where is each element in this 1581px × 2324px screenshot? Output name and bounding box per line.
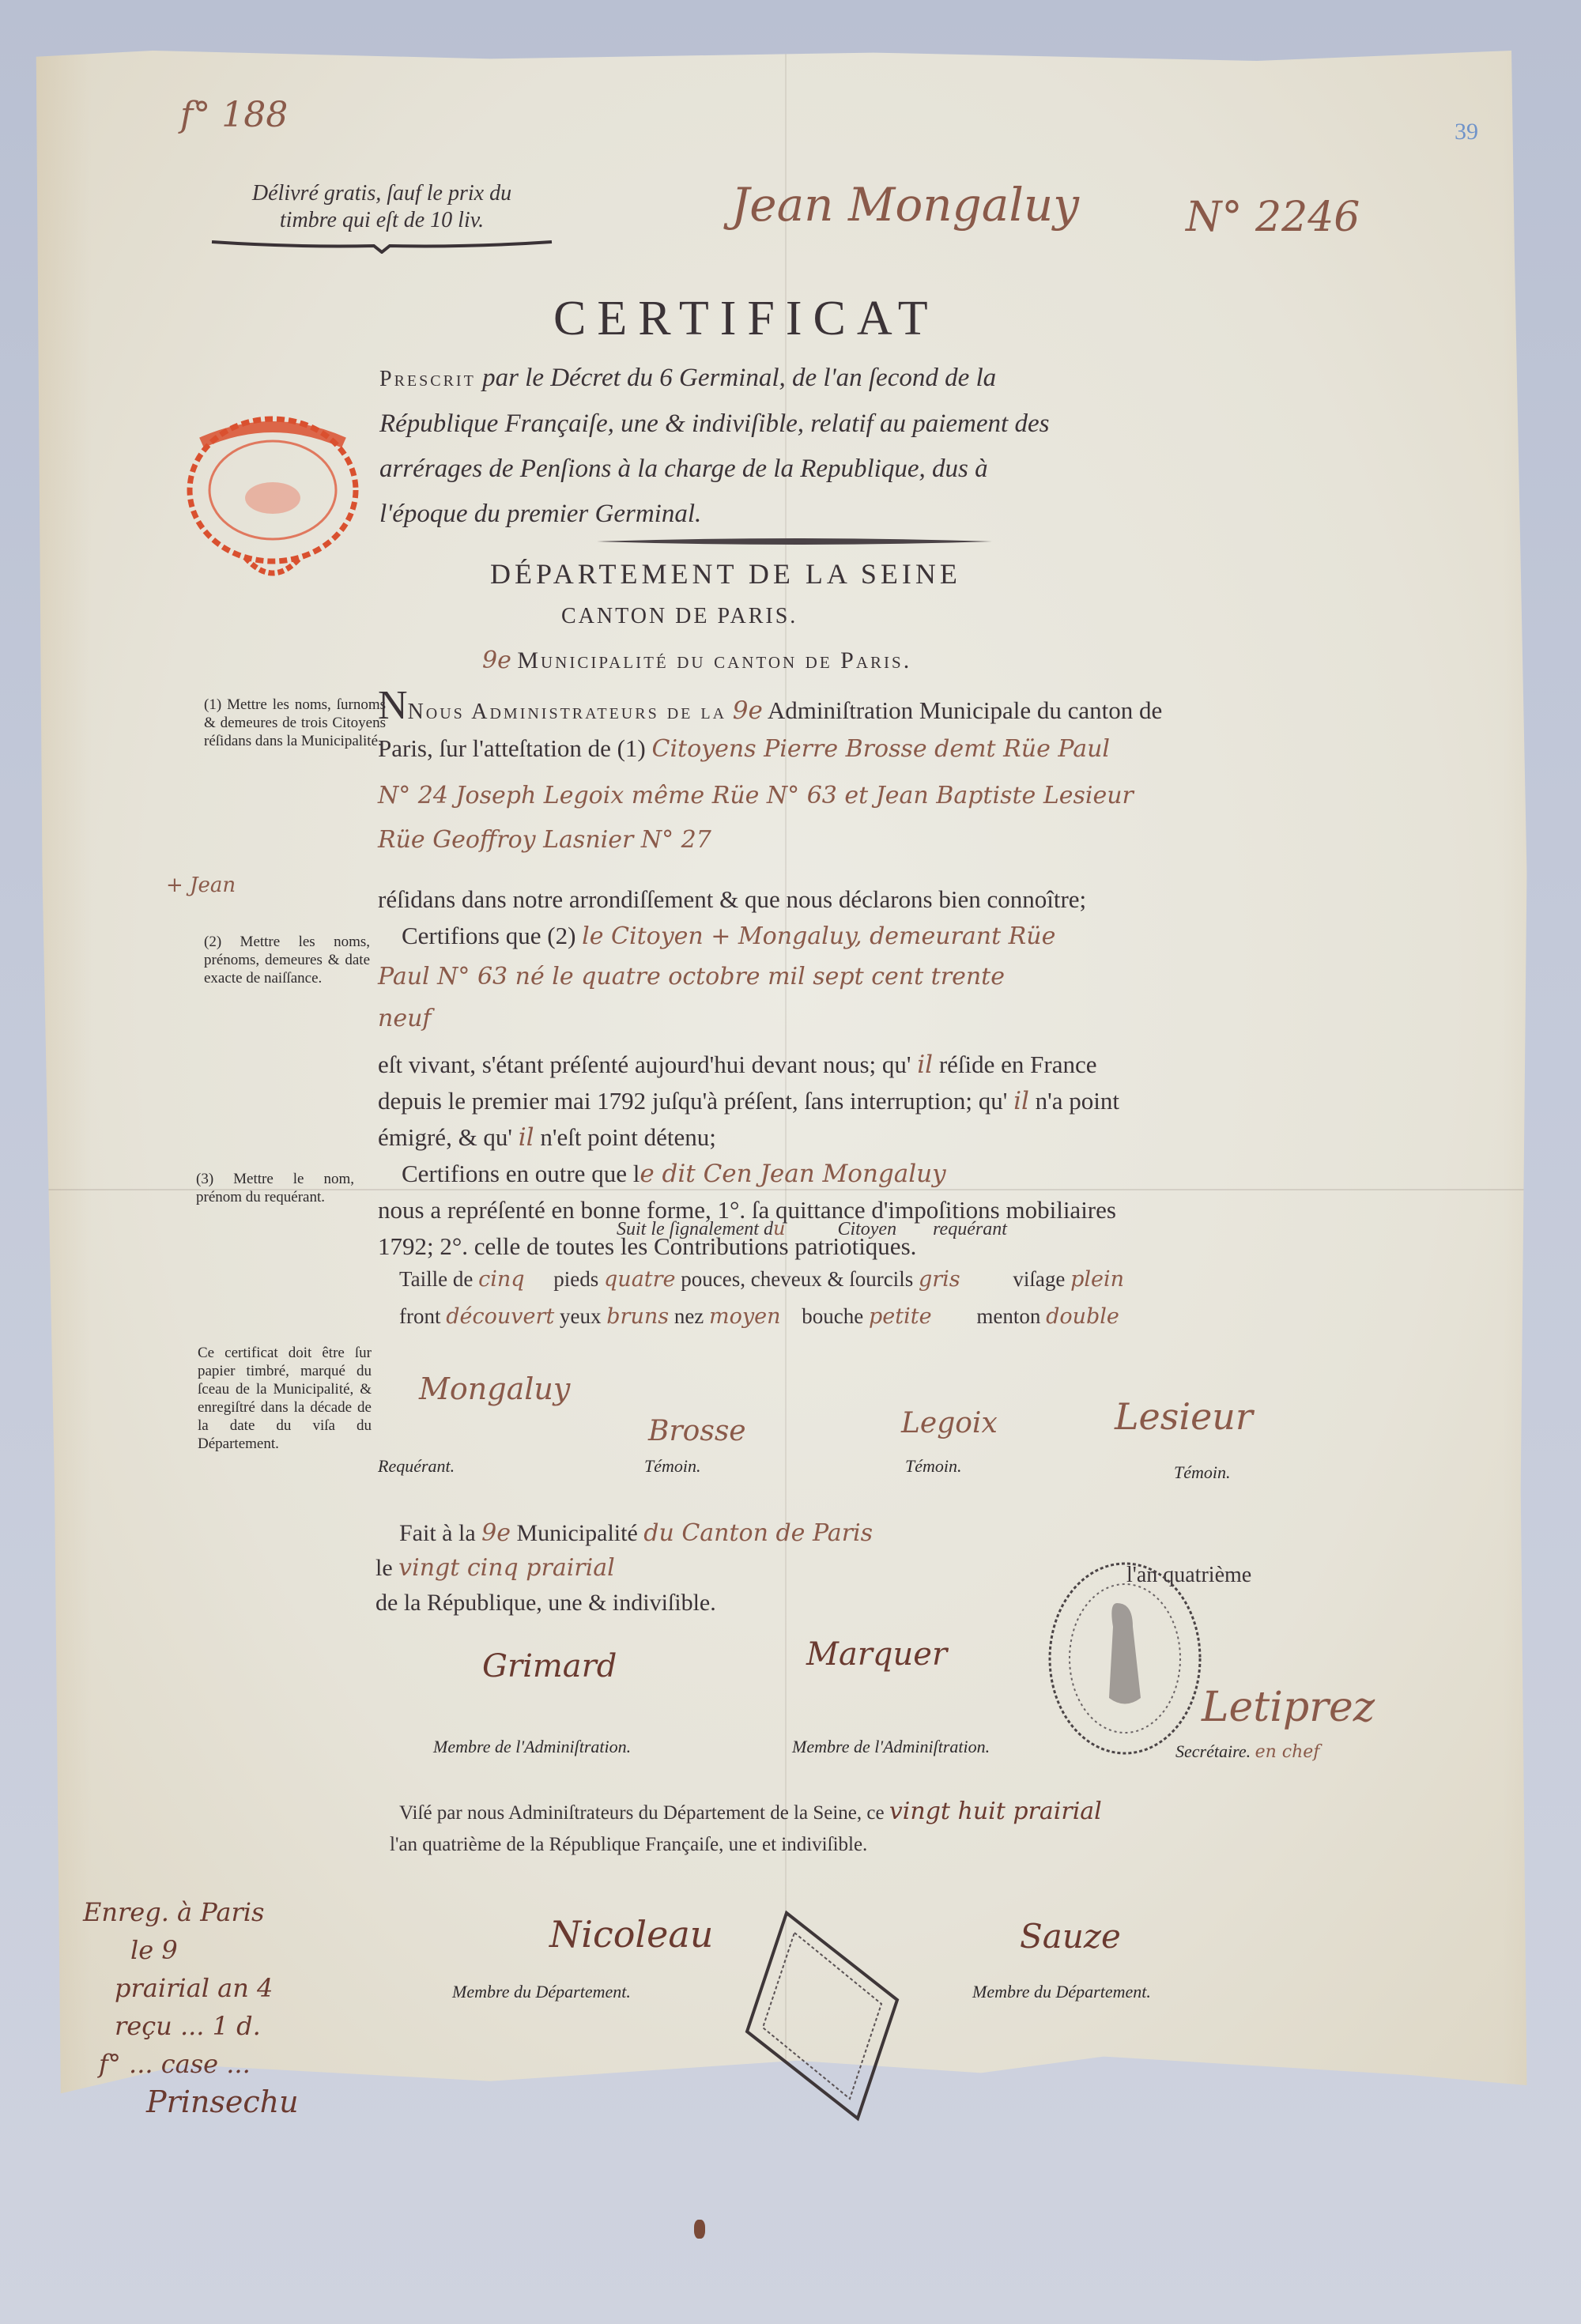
subtitle-line2: République Françaiſe, une & indiviſible,… (379, 402, 1273, 447)
visa-date: vingt huit prairial (889, 1798, 1102, 1825)
signature-admin-2: Marquer (806, 1636, 947, 1673)
menton-value: double (1046, 1304, 1119, 1329)
attestation-line1-pre: Nous Adminiſtrateurs de la (408, 700, 726, 724)
taille-feet: cinq (478, 1267, 524, 1292)
nez-value: moyen (709, 1304, 780, 1329)
description-header-hand: u (773, 1217, 785, 1239)
title-subtitle: Prescrit par le Décret du 6 Germinal, de… (379, 356, 1273, 537)
since-post: n'a point (1036, 1087, 1119, 1115)
subject-hand-line3: neuf (378, 999, 1279, 1039)
municipal-seal-icon (1042, 1556, 1208, 1761)
done-at-le: le (375, 1555, 393, 1581)
red-seal-icon (170, 395, 375, 593)
role-temoin-3: Témoin. (1174, 1462, 1231, 1483)
signature-temoin-3: Lesieur (1115, 1395, 1253, 1438)
signature-secretary: Letiprez (1202, 1684, 1375, 1731)
ink-stain (694, 2220, 705, 2239)
delivery-notice: Délivré gratis, ſauf le prix du timbre q… (196, 180, 568, 261)
registration-line4: reçu ... 1 d. (83, 2007, 415, 2045)
description-header-citoyen: Citoyen (837, 1219, 896, 1239)
description-header-pre: Suit le ſignalement d (617, 1219, 773, 1239)
also-pre: Certifions en outre que l (402, 1160, 640, 1187)
pieds-label: pieds (553, 1267, 598, 1291)
role-secretary: Secrétaire. en chef (1175, 1741, 1319, 1762)
menton-label: menton (976, 1304, 1040, 1328)
emigre-post: n'eſt point détenu; (540, 1123, 716, 1151)
done-at-block: Fait à la 9e Municipalité du Canton de P… (399, 1516, 873, 1620)
archive-number: 39 (1455, 119, 1478, 145)
margin-note-3: (3) Mettre le nom, prénom du requérant. (196, 1170, 354, 1206)
done-at-date: vingt cinq prairial (398, 1554, 615, 1582)
municipality-label: Municipalité du canton de Paris. (517, 647, 911, 673)
department-heading: DÉPARTEMENT DE LA SEINE (490, 557, 961, 590)
delivery-notice-line2: timbre qui eſt de 10 liv. (196, 207, 568, 234)
visa-block: Viſé par nous Adminiſtrateurs du Départe… (399, 1796, 1102, 1861)
role-admin-1: Membre de l'Adminiſtration. (433, 1737, 631, 1757)
page-title: CERTIFICAT (553, 291, 939, 347)
done-at-hand: du Canton de Paris (643, 1519, 873, 1547)
done-at-pre: Fait à la (399, 1520, 476, 1546)
canton-heading: CANTON DE PARIS. (561, 604, 798, 629)
role-requerant: Requérant. (378, 1456, 455, 1477)
subtitle-lead: Prescrit (379, 367, 476, 391)
signature-temoin-2: Legoix (901, 1407, 998, 1439)
role-temoin-1: Témoin. (644, 1456, 701, 1477)
signature-requerant: Mongaluy (419, 1371, 570, 1406)
municipality-heading: 9e Municipalité du canton de Paris. (482, 647, 911, 674)
yeux-value: bruns (606, 1304, 669, 1329)
registration-line5: f° ... case ... (83, 2045, 415, 2083)
witnesses-hand-line1: Citoyens Pierre Brosse demt Rüe Paul (652, 735, 1111, 763)
done-at-number: 9e (481, 1519, 511, 1547)
visage-value: plein (1070, 1267, 1124, 1292)
attestation-line3: réſidans dans notre arrondiſſement & que… (378, 881, 1279, 918)
margin-note-2: (2) Mettre les noms, prénoms, demeures &… (204, 933, 370, 987)
administration-number: 9e (733, 696, 763, 725)
description-header: Suit le ſignalement du Citoyen requérant (617, 1217, 1007, 1240)
emigre-pronoun: il (519, 1123, 534, 1152)
handwritten-name-header: Jean Mongaluy (731, 178, 1079, 232)
registration-stamp-icon (739, 1905, 913, 2126)
registration-note: Enreg. à Paris le 9 prairial an 4 reçu .… (83, 1893, 415, 2121)
registration-signature: Prinsechu (83, 2083, 415, 2121)
alive-pronoun: il (917, 1051, 933, 1079)
done-at-republic: de la République, une & indiviſible. (375, 1586, 873, 1620)
registration-line3: prairial an 4 (83, 1969, 415, 2007)
done-at-municipality: Municipalité (516, 1520, 637, 1546)
role-dept-1: Membre du Département. (452, 1982, 631, 2002)
witnesses-hand-line2: N° 24 Joseph Legoix même Rüe N° 63 et Je… (378, 774, 1279, 818)
bouche-label: bouche (802, 1304, 863, 1328)
alive-line: eſt vivant, s'étant préſenté aujourd'hui… (378, 1051, 911, 1078)
alive-post: réſide en France (939, 1051, 1097, 1078)
registration-line1: Enreg. à Paris (83, 1893, 415, 1931)
also-hand: e dit Cen Jean Mongaluy (640, 1160, 945, 1188)
front-value: découvert (446, 1304, 554, 1329)
subtitle-line4: l'époque du premier Germinal. (379, 492, 1273, 537)
role-secretary-label: Secrétaire. (1175, 1741, 1251, 1761)
attestation-line2-pre: Paris, ſur l'atteſtation de (1) (378, 734, 646, 762)
front-label: front (399, 1304, 440, 1328)
certify-pre: Certifions que (2) (402, 922, 575, 949)
taille-label: Taille de (399, 1267, 473, 1291)
subtitle-line1: par le Décret du 6 Germinal, de l'an ſec… (482, 364, 996, 392)
municipality-number: 9e (482, 647, 511, 674)
role-dept-2: Membre du Département. (972, 1982, 1151, 2002)
subject-hand-line1: le Citoyen + Mongaluy, demeurant Rüe (582, 922, 1055, 950)
bouche-value: petite (869, 1304, 932, 1329)
divider-ornament-icon (593, 534, 1004, 549)
since-line: depuis le premier mai 1792 juſqu'à préſe… (378, 1087, 1007, 1115)
subject-hand-line2: Paul N° 63 né le quatre octobre mil sept… (378, 955, 1279, 999)
hair-color: gris (919, 1267, 960, 1292)
signature-admin-1: Grimard (482, 1648, 617, 1685)
description-header-post: requérant (933, 1219, 1007, 1239)
document-number: N° 2246 (1186, 194, 1360, 241)
registration-line2: le 9 (83, 1931, 415, 1969)
signature-dept-1: Nicoleau (549, 1913, 713, 1956)
margin-note-jean: + Jean (166, 873, 236, 897)
pouces-label: pouces, cheveux & ſourcils (681, 1267, 913, 1291)
role-secretary-extra: en chef (1255, 1742, 1320, 1762)
delivery-notice-line1: Délivré gratis, ſauf le prix du (196, 180, 568, 207)
subtitle-line3: arrérages de Penſions à la charge de la … (379, 447, 1273, 492)
role-admin-2: Membre de l'Adminiſtration. (792, 1737, 990, 1757)
yeux-label: yeux (560, 1304, 601, 1328)
nez-label: nez (674, 1304, 704, 1328)
witnesses-hand-line3: Rüe Geoffroy Lasnier N° 27 (378, 818, 1279, 862)
margin-note-1: (1) Mettre les noms, ſurnoms & demeures … (204, 696, 386, 750)
emigre-line: émigré, & qu' (378, 1123, 512, 1151)
signature-temoin-1: Brosse (648, 1415, 746, 1447)
since-pronoun: il (1013, 1087, 1029, 1115)
role-temoin-2: Témoin. (905, 1456, 962, 1477)
physical-description: Taille de cinq pieds quatre pouces, chev… (399, 1261, 1292, 1335)
brace-ornament-icon (208, 238, 556, 254)
taille-inches: quatre (604, 1267, 676, 1292)
visa-line1: Viſé par nous Adminiſtrateurs du Départe… (399, 1802, 885, 1824)
visage-label: viſage (1013, 1267, 1065, 1291)
signature-dept-2: Sauze (1020, 1917, 1121, 1956)
attestation-line1-post: Adminiſtration Municipale du canton de (768, 696, 1162, 724)
attestation-paragraph: NNous Adminiſtrateurs de la 9e Adminiſtr… (378, 681, 1279, 1265)
folio-note: f° 188 (180, 95, 288, 135)
visa-line2: l'an quatrième de la République Françaiſ… (390, 1829, 1102, 1861)
margin-note-4: Ce certificat doit être ſur papier timbr… (198, 1344, 372, 1453)
